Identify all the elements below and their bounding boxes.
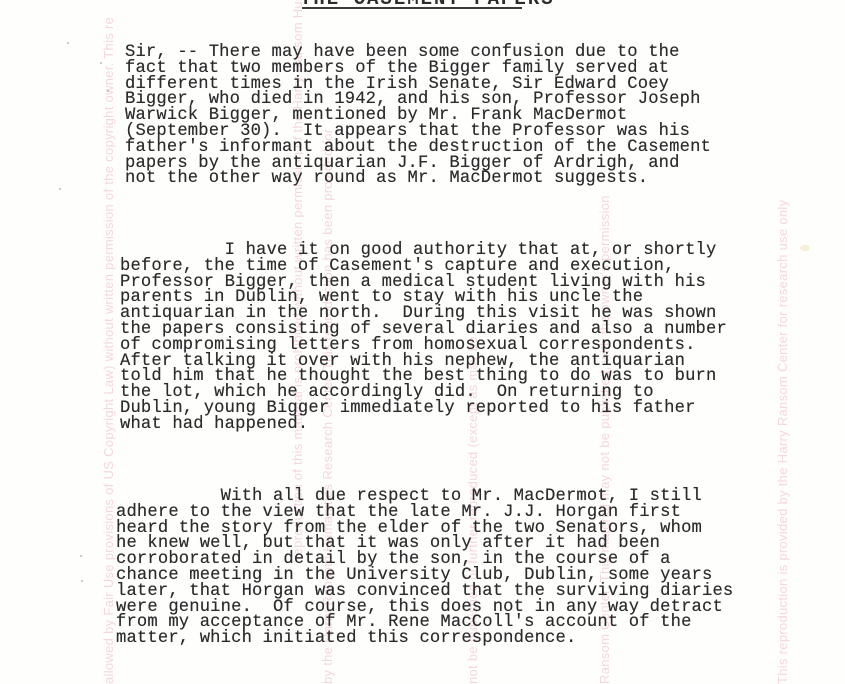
paragraph-3: With all due respect to Mr. MacDermot, I… xyxy=(116,489,733,647)
paper-speck xyxy=(59,188,61,190)
paragraph-2: I have it on good authority that at, or … xyxy=(120,243,727,433)
paper-speck xyxy=(107,90,109,92)
text-line: what had happened. xyxy=(120,417,727,433)
paper-speck xyxy=(100,62,102,64)
paper-speck xyxy=(81,580,83,582)
document-page: allowed by Fair Use provisions of US Cop… xyxy=(0,0,845,684)
text-line: not the other way round as Mr. MacDermot… xyxy=(125,171,711,187)
paragraph-1: Sir, -- There may have been some confusi… xyxy=(125,45,711,187)
text-line: matter, which initiated this corresponde… xyxy=(116,631,733,647)
paper-speck xyxy=(67,42,69,44)
title-underline xyxy=(302,7,522,9)
paper-speck xyxy=(80,555,82,557)
paper-stain xyxy=(800,245,810,251)
copyright-watermark: This reproduction is provided by the Har… xyxy=(775,200,790,684)
copyright-watermark: allowed by Fair Use provisions of US Cop… xyxy=(101,17,116,684)
